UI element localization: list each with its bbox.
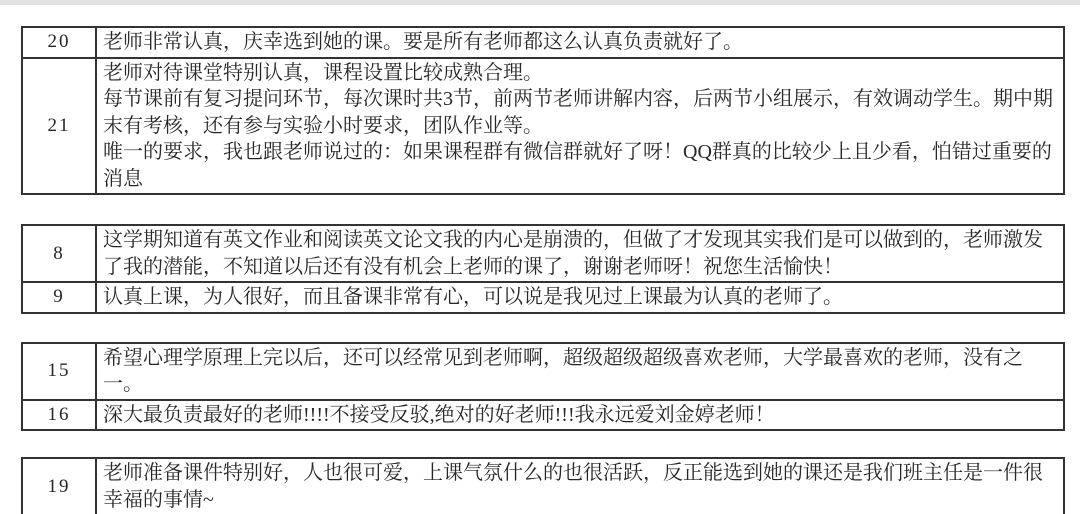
table-row: 15 希望心理学原理上完以后，还可以经常见到老师啊，超级超级超级喜欢老师，大学最… (22, 343, 1064, 400)
comment-paragraph: 每节课前有复习提问环节，每次课时共3节，前两节老师讲解内容，后两节小组展示，有效… (103, 86, 1058, 139)
table-row: 16 深大最负责最好的老师!!!!不接受反驳,绝对的好老师!!!我永远爱刘金婷老… (22, 400, 1064, 431)
comment-cell: 老师非常认真，庆幸选到她的课。要是所有老师都这么认真负责就好了。 (96, 27, 1064, 58)
comment-cell: 深大最负责最好的老师!!!!不接受反驳,绝对的好老师!!!我永远爱刘金婷老师！ (96, 400, 1064, 431)
comment-table-1: 20 老师非常认真，庆幸选到她的课。要是所有老师都这么认真负责就好了。 21 老… (21, 26, 1065, 195)
table-row: 19 老师准备课件特别好，人也很可爱，上课气氛什么的也很活跃，反正能选到她的课还… (22, 458, 1064, 514)
table-row: 8 这学期知道有英文作业和阅读英文论文我的内心是崩溃的，但做了才发现其实我们是可… (22, 225, 1064, 282)
comment-table-2: 8 这学期知道有英文作业和阅读英文论文我的内心是崩溃的，但做了才发现其实我们是可… (21, 224, 1065, 314)
comment-paragraph: 老师非常认真，庆幸选到她的课。要是所有老师都这么认真负责就好了。 (103, 29, 1058, 56)
comment-cell: 希望心理学原理上完以后，还可以经常见到老师啊，超级超级超级喜欢老师，大学最喜欢的… (96, 343, 1064, 400)
comment-paragraph: 深大最负责最好的老师!!!!不接受反驳,绝对的好老师!!!我永远爱刘金婷老师！ (103, 402, 1058, 429)
row-number-cell: 16 (22, 400, 96, 431)
row-number-cell: 21 (22, 58, 96, 195)
row-number-cell: 8 (22, 225, 96, 282)
comment-cell: 老师对待课堂特别认真，课程设置比较成熟合理。 每节课前有复习提问环节，每次课时共… (96, 58, 1064, 195)
comment-paragraph: 这学期知道有英文作业和阅读英文论文我的内心是崩溃的，但做了才发现其实我们是可以做… (103, 227, 1058, 280)
comment-paragraph: 老师准备课件特别好，人也很可爱，上课气氛什么的也很活跃，反正能选到她的课还是我们… (103, 460, 1058, 513)
comment-cell: 认真上课，为人很好，而且备课非常有心，可以说是我见过上课最为认真的老师了。 (96, 282, 1064, 313)
row-number-cell: 19 (22, 458, 96, 514)
comment-table-3: 15 希望心理学原理上完以后，还可以经常见到老师啊，超级超级超级喜欢老师，大学最… (21, 342, 1065, 432)
table-row: 21 老师对待课堂特别认真，课程设置比较成熟合理。 每节课前有复习提问环节，每次… (22, 58, 1064, 195)
table-row: 20 老师非常认真，庆幸选到她的课。要是所有老师都这么认真负责就好了。 (22, 27, 1064, 58)
comment-cell: 这学期知道有英文作业和阅读英文论文我的内心是崩溃的，但做了才发现其实我们是可以做… (96, 225, 1064, 282)
row-number-cell: 9 (22, 282, 96, 313)
table-row: 9 认真上课，为人很好，而且备课非常有心，可以说是我见过上课最为认真的老师了。 (22, 282, 1064, 313)
comment-cell: 老师准备课件特别好，人也很可爱，上课气氛什么的也很活跃，反正能选到她的课还是我们… (96, 458, 1064, 514)
comment-paragraph: 认真上课，为人很好，而且备课非常有心，可以说是我见过上课最为认真的老师了。 (103, 284, 1058, 311)
comment-paragraph: 老师对待课堂特别认真，课程设置比较成熟合理。 (103, 60, 1058, 87)
comment-paragraph: 唯一的要求，我也跟老师说过的：如果课程群有微信群就好了呀！QQ群真的比较少上且少… (103, 139, 1058, 192)
row-number-cell: 20 (22, 27, 96, 58)
comment-table-4: 19 老师准备课件特别好，人也很可爱，上课气氛什么的也很活跃，反正能选到她的课还… (21, 457, 1065, 514)
page-top-edge (0, 0, 1080, 5)
row-number-cell: 15 (22, 343, 96, 400)
comment-paragraph: 希望心理学原理上完以后，还可以经常见到老师啊，超级超级超级喜欢老师，大学最喜欢的… (103, 345, 1058, 398)
